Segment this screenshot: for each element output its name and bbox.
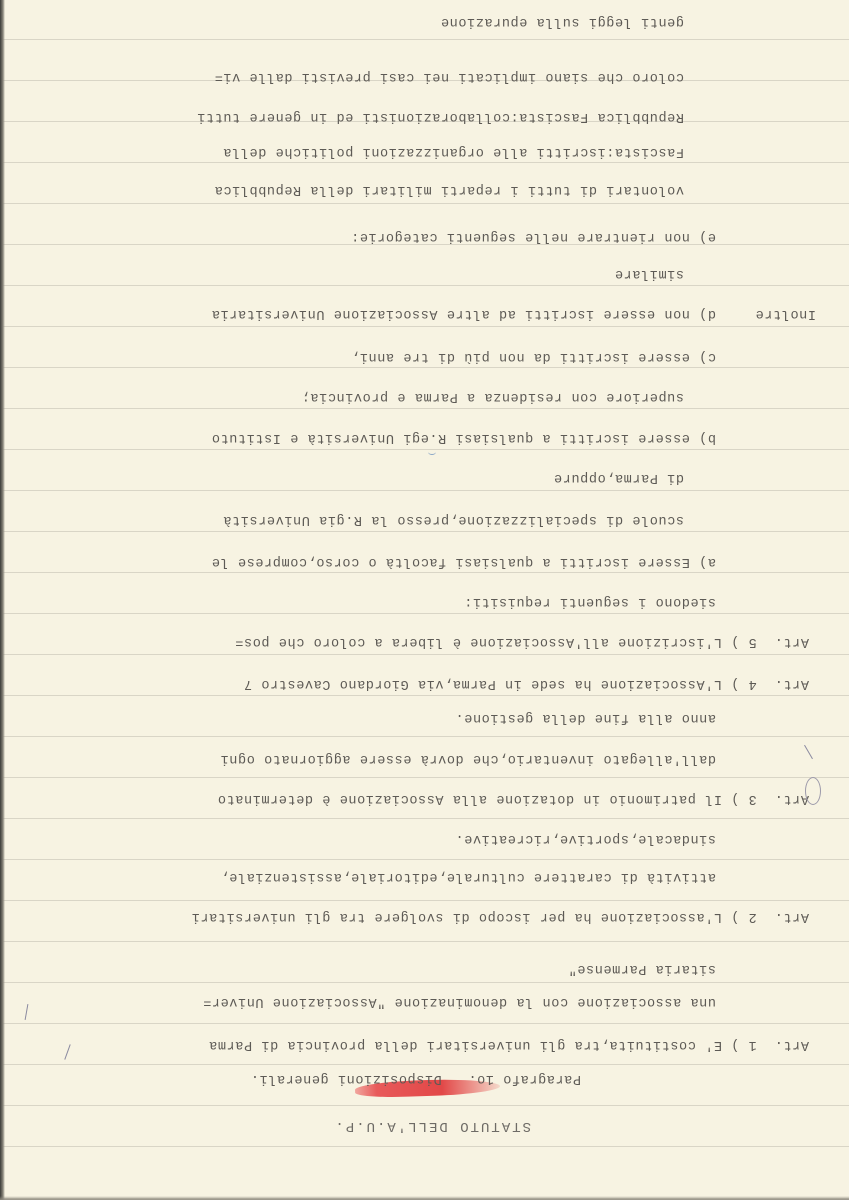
text-line: dall'allegato inventario,che dovrà esser… xyxy=(220,750,716,766)
text-line: anno alla fine della gestione. xyxy=(455,709,716,725)
scanned-page: STATUTO DELL'A.U.P. Paragrafo 1o. Dispos… xyxy=(0,0,849,1200)
text-line: volontari di tutti i reparti militari de… xyxy=(214,181,684,197)
text-line: genti leggi sulla epurazione xyxy=(440,13,684,29)
text-line: Fascista:iscritti alle organizzazioni po… xyxy=(223,143,684,159)
ruled-lines xyxy=(0,0,849,1200)
blue-ink-mark xyxy=(428,449,436,455)
text-line: a) Essere iscritti a qualsiasi facoltà o… xyxy=(211,553,716,569)
text-line: Art. 1 ) E' costituita,tra gli universit… xyxy=(209,1036,809,1052)
text-line: siedono i seguenti requisiti: xyxy=(464,593,716,609)
text-line: e) non rientrare nelle seguenti categori… xyxy=(351,228,716,244)
text-line: Repubblica Fascista:collaborazionisti ed… xyxy=(197,108,684,124)
pen-circle-mark xyxy=(805,777,821,805)
text-line: sitaria Parmense" xyxy=(568,960,716,976)
margin-note: Inoltre xyxy=(755,305,816,321)
text-line: di Parma,oppure xyxy=(553,469,684,485)
text-line: Art. 3 ) Il patrimonio in dotazione alla… xyxy=(217,790,809,806)
page-edge-shadow xyxy=(0,0,5,1200)
document-title: STATUTO DELL'A.U.P. xyxy=(333,1118,531,1134)
page-edge-shadow-bottom xyxy=(0,1196,849,1200)
text-line: sindacale,sportive,ricreative. xyxy=(455,830,716,846)
text-line: una associazione con la denominazione "A… xyxy=(203,993,716,1009)
text-line: similare xyxy=(614,265,684,281)
text-line: c) essere iscritti da non più di tre ann… xyxy=(351,348,716,364)
text-line: superiore con residenza a Parma e provin… xyxy=(301,388,684,404)
text-line: Art. 2 ) L'associazione ha per iscopo di… xyxy=(191,908,809,924)
text-line: Art. 4 ) L'Associazione ha sede in Parma… xyxy=(243,675,809,691)
text-line: attività di carattere culturale,editoria… xyxy=(220,868,716,884)
text-line: d) non essere iscritti ad altre Associaz… xyxy=(211,305,716,321)
text-line: b) essere iscritti a qualsiasi R.egi Uni… xyxy=(211,429,716,445)
section-heading: Paragrafo 1o. Disposizioni generali. xyxy=(250,1070,581,1086)
text-line: coloro che siano implicati nei casi prev… xyxy=(214,68,684,84)
text-line: scuole di specializzazione,presso la R.g… xyxy=(223,511,684,527)
text-line: Art. 5 ) L'iscrizione all'Associazione è… xyxy=(235,633,809,649)
